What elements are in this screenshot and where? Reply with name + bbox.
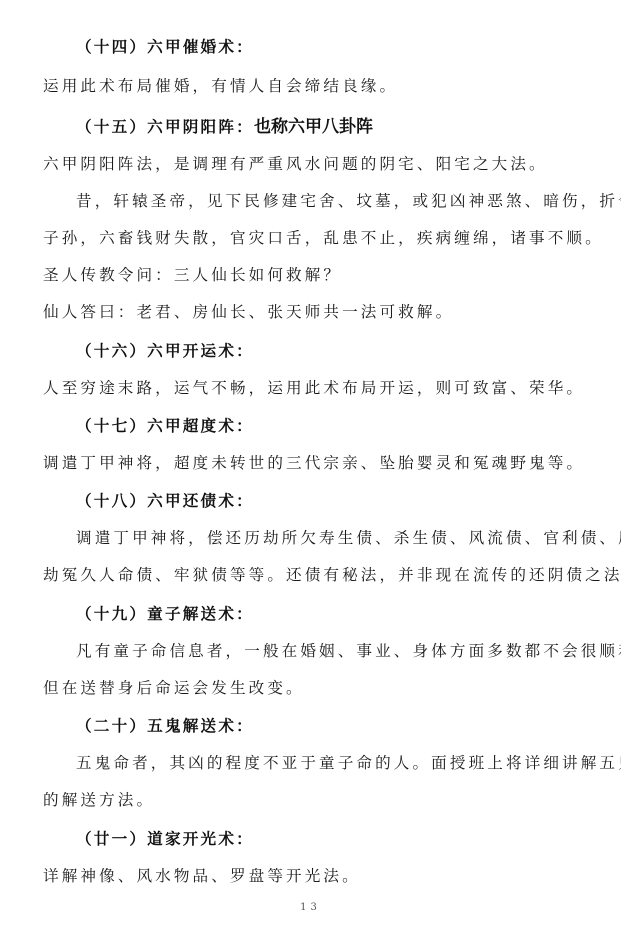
section-heading-15-subtitle: 也称六甲八卦阵 <box>254 117 373 137</box>
section-heading-14: （十四）六甲催婚术： <box>76 37 254 57</box>
paragraph-line: 圣人传教令问：三人仙长如何救解？ <box>43 265 342 285</box>
paragraph-line: 但在送替身后命运会发生改变。 <box>43 678 305 698</box>
section-heading-15-main: （十五）六甲阴阳阵： <box>76 118 254 136</box>
paragraph-line: 详解神像、风水物品、罗盘等开光法。 <box>43 866 361 886</box>
paragraph-line: 劫冤久人命债、牢狱债等等。还债有秘法，并非现在流传的还阴债之法。 <box>43 565 621 585</box>
section-heading-19: （十九）童子解送术： <box>76 604 254 624</box>
section-heading-17: （十七）六甲超度术： <box>76 416 254 436</box>
paragraph-line: 调遣丁甲神将，超度未转世的三代宗亲、坠胎婴灵和冤魂野鬼等。 <box>43 453 585 473</box>
paragraph-line: 仙人答曰：老君、房仙长、张天师共一法可救解。 <box>43 302 454 322</box>
document-page: （十四）六甲催婚术： 运用此术布局催婚，有情人自会缔结良缘。 （十五）六甲阴阳阵… <box>0 0 621 934</box>
paragraph-line: 的解送方法。 <box>43 790 155 810</box>
section-heading-21: （廿一）道家开光术： <box>76 829 254 849</box>
paragraph-line: 运用此术布局催婚，有情人自会缔结良缘。 <box>43 76 398 96</box>
paragraph-line: 昔，轩辕圣帝，见下民修建宅舍、坟墓，或犯凶神恶煞、暗伤，折令 <box>76 191 621 211</box>
section-heading-18: （十八）六甲还债术： <box>76 491 254 511</box>
page-number: 13 <box>0 902 621 913</box>
paragraph-line: 凡有童子命信息者，一般在婚姻、事业、身体方面多数都不会很顺利， <box>76 641 621 661</box>
paragraph-line: 子孙，六畜钱财失散，官灾口舌，乱患不止，疾病缠绵，诸事不顺。 <box>43 228 604 248</box>
paragraph-line: 人至穷途末路，运气不畅，运用此术布局开运，则可致富、荣华。 <box>43 378 585 398</box>
paragraph-line: 调遣丁甲神将，偿还历劫所欠寿生债、杀生债、风流债、官利债、历 <box>76 528 621 548</box>
paragraph-line: 六甲阴阳阵法，是调理有严重风水问题的阴宅、阳宅之大法。 <box>43 154 548 174</box>
section-heading-16: （十六）六甲开运术： <box>76 341 254 361</box>
section-heading-15: （十五）六甲阴阳阵：也称六甲八卦阵 <box>76 117 373 137</box>
section-heading-20: （二十）五鬼解送术： <box>76 716 254 736</box>
paragraph-line: 五鬼命者，其凶的程度不亚于童子命的人。面授班上将详细讲解五鬼 <box>76 753 621 773</box>
